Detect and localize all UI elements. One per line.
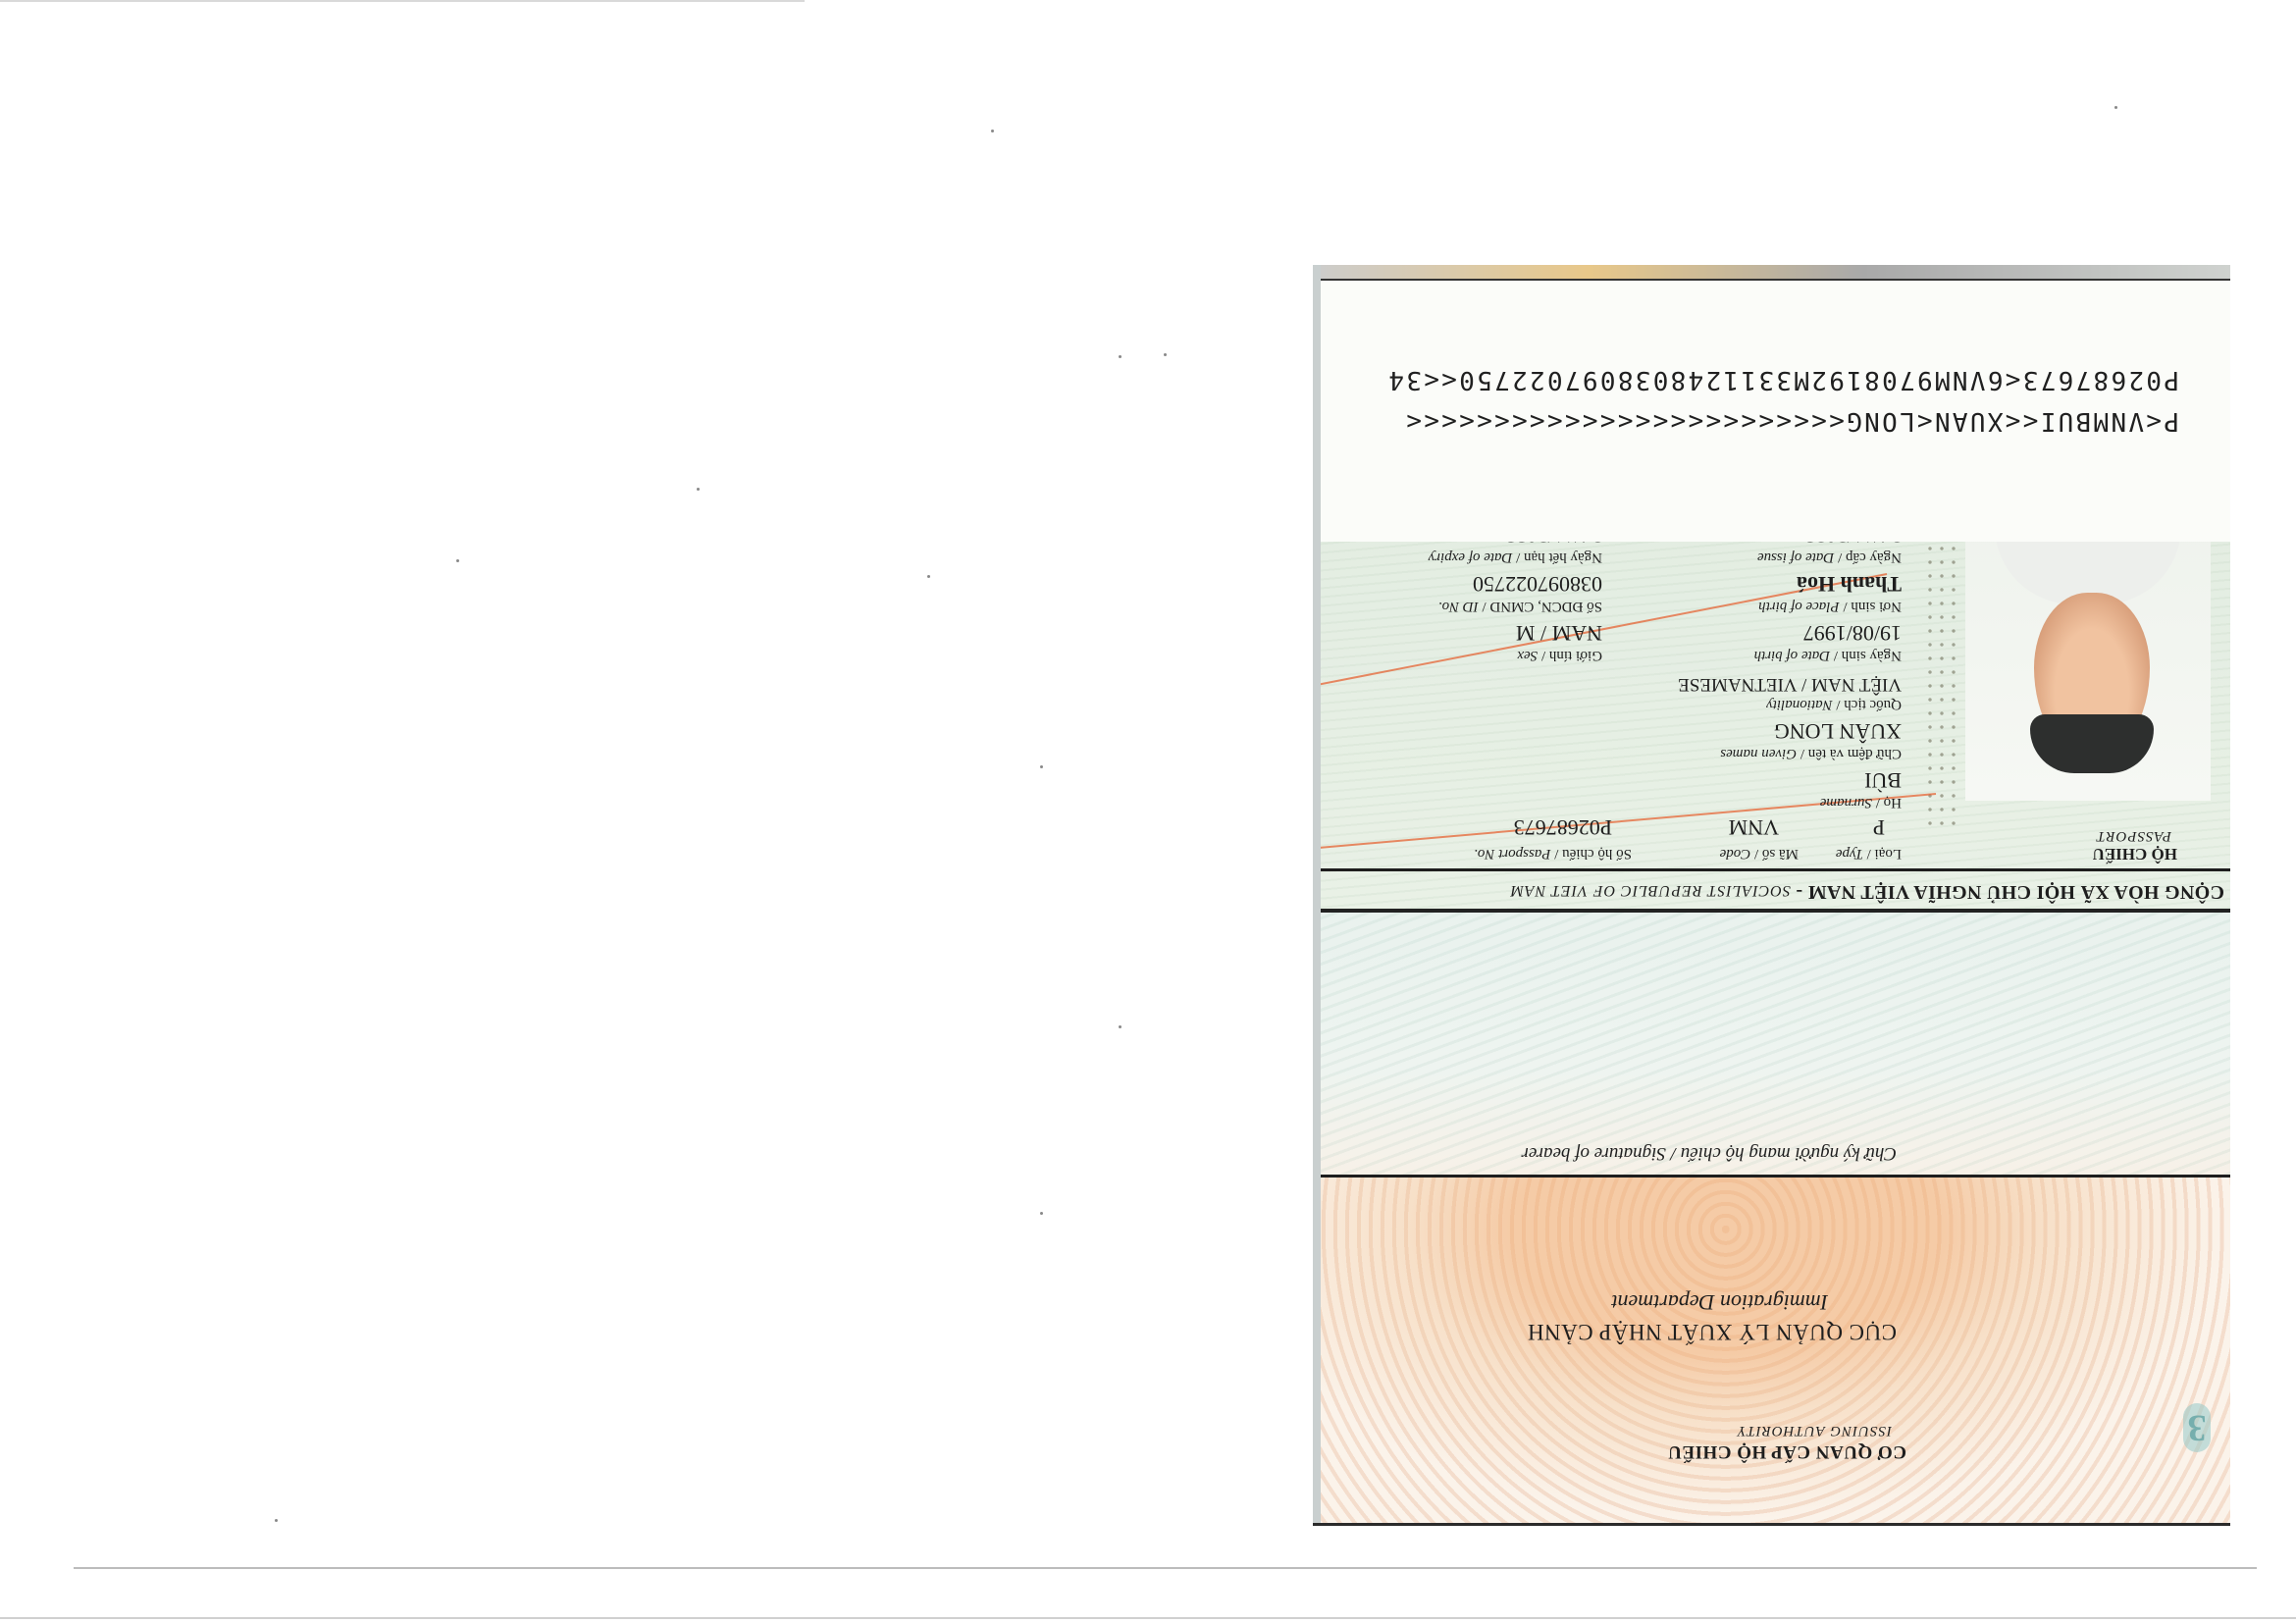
scan-speck: [991, 130, 994, 132]
signature-label: Chữ ký người mang hộ chiếu / Signature o…: [1521, 1142, 1897, 1164]
scan-speck: [1040, 1212, 1043, 1215]
guilloche-pattern: [1313, 910, 2230, 1175]
sex-value: NAM / M: [1516, 620, 1602, 646]
wavy-divider: [1313, 909, 2230, 913]
page-gutter-shade: [1313, 265, 1321, 1523]
id-no-value: 038097022750: [1473, 571, 1602, 597]
scan-speck: [275, 1519, 278, 1522]
dob-label: Ngày sinh / Date of birth: [1754, 647, 1902, 663]
nationality-value: VIỆT NAM / VIETNAMESE: [1678, 673, 1902, 695]
code-label: Mã số / Code: [1720, 845, 1799, 862]
code-value: VNM: [1729, 814, 1779, 840]
mrz-line-2: P02687673<6VNM9708192M331124803809702275…: [1386, 365, 2179, 394]
country-header: CỘNG HÒA XÃ HỘI CHỦ NGHĨA VIỆT NAM - SOC…: [1510, 880, 2224, 903]
given-names-value: XUÂN LONG: [1774, 718, 1902, 744]
issuing-authority-label-en: ISSUING AUTHORITY: [1737, 1422, 1892, 1439]
issue-date-label: Ngày cấp / Date of issue: [1757, 549, 1902, 565]
passport-data-page: 3 CƠ QUAN CẤP HỘ CHIẾU ISSUING AUTHORITY…: [1313, 265, 2230, 1526]
type-label: Loại / Type: [1836, 845, 1902, 862]
passport-no-label: Số hộ chiếu / Passport No.: [1474, 845, 1632, 862]
id-no-label: Số ĐDCN, CMND / ID No.: [1438, 598, 1602, 614]
issuing-authority-name: CỤC QUẢN LÝ XUẤT NHẬP CẢNH: [1527, 1319, 1897, 1344]
scan-speck: [1164, 353, 1167, 356]
document-title: HỘ CHIẾU: [2093, 844, 2177, 864]
surname-value: BÙI: [1864, 767, 1902, 793]
document-title-en: PASSPORT: [2096, 827, 2171, 844]
nationality-label: Quốc tịch / Nationality: [1766, 696, 1902, 712]
given-names-label: Chữ đệm và tên / Given names: [1720, 745, 1902, 761]
scan-speck: [456, 559, 459, 562]
surname-label: Họ / Surname: [1820, 794, 1902, 811]
scan-speck: [927, 575, 930, 578]
scan-border-line: [74, 1567, 2257, 1569]
page-number: 3: [2183, 1403, 2211, 1452]
issuing-authority-name-en: Immigration Department: [1611, 1289, 1828, 1315]
passport-no-value: P02687673: [1514, 814, 1612, 840]
dob-value: 19/08/1997: [1803, 620, 1902, 646]
scan-speck: [1119, 1025, 1122, 1028]
expiry-date-label: Ngày hết hạn / Date of expiry: [1429, 549, 1602, 565]
issuing-authority-section: 3 CƠ QUAN CẤP HỘ CHIẾU ISSUING AUTHORITY…: [1313, 1178, 2230, 1523]
scan-speck: [1119, 355, 1122, 358]
scan-speck: [697, 488, 700, 491]
scan-speck: [1040, 765, 1043, 768]
passport-spine-edge: [1313, 265, 2230, 281]
issuing-authority-label: CƠ QUAN CẤP HỘ CHIẾU: [1668, 1440, 1906, 1462]
header-rule: [1313, 868, 2230, 871]
scan-speck: [2114, 106, 2117, 109]
type-value: P: [1873, 814, 1885, 840]
place-of-birth-value: Thanh Hoá: [1797, 571, 1902, 597]
scan-top-edge: [0, 0, 805, 2]
mrz-line-1: P<VNMBUI<<XUAN<LONG<<<<<<<<<<<<<<<<<<<<<…: [1404, 406, 2179, 436]
photo-hair: [2030, 714, 2154, 773]
scan-border-line: [0, 1617, 2296, 1619]
signature-rule: [1313, 1175, 2230, 1178]
sex-label: Giới tính / Sex: [1517, 647, 1602, 663]
place-of-birth-label: Nơi sinh / Place of birth: [1758, 598, 1902, 614]
machine-readable-zone: P<VNMBUI<<XUAN<LONG<<<<<<<<<<<<<<<<<<<<<…: [1313, 279, 2230, 542]
